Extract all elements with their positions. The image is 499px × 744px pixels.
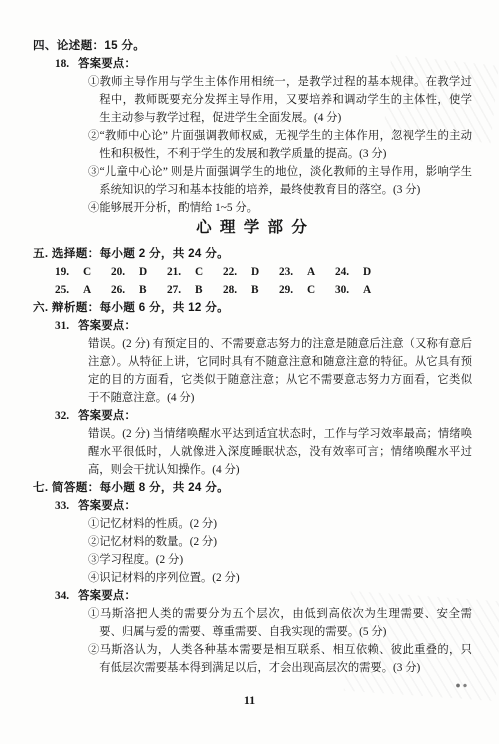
item-letter: B [139,284,147,296]
point-marker: ① [88,608,100,620]
question-number: 18. [55,58,69,70]
answer-point: ①教师主导作用与学生主体作用相统一，是教学过程的基本规律。在教学过程中，教师既要… [88,73,472,127]
answer-point: ③“儿童中心论” 则是片面强调学生的地位，淡化教师的主导作用，影响学生系统知识的… [88,163,472,199]
choice-answers-row-1: 19.C 20.D 21.C 22.D 23.A 24.D [55,263,472,281]
answer-point: ②记忆材料的数量。(2 分) [88,533,472,551]
page-number: 11 [0,691,499,709]
item-number: 29. [279,281,298,299]
choice-answers-row-2: 25.A 26.B 27.B 28.B 29.C 30.A [55,281,472,299]
answer-point: ①记忆材料的性质。(2 分) [88,515,472,533]
answer-point: ④能够展开分析，酌情给 1~5 分。 [88,199,472,217]
choice-answer: 24.D [335,263,391,281]
answer-point: ③学习程度。(2 分) [88,551,472,569]
point-marker: ① [88,76,100,88]
question-32-header: 32.答案要点： [55,407,472,425]
item-number: 22. [223,263,242,281]
item-letter: D [251,266,259,278]
choice-answer: 27.B [167,281,223,299]
item-letter: C [195,266,203,278]
item-number: 27. [167,281,186,299]
point-marker: ② [88,644,100,656]
point-text: 马斯洛把人类的需要分为五个层次，由低到高依次为生理需要、安全需要、归属与爱的需要… [99,608,472,638]
choice-answer: 26.B [111,281,167,299]
answer-point: ②“教师中心论” 片面强调教师权威，无视学生的主体作用，忽视学生的主动性和积极性… [88,127,472,163]
point-text: 识记材料的序列位置。(2 分) [99,572,239,584]
item-letter: C [307,284,315,296]
answer-point: ②马斯洛认为，人类各种基本需要是相互联系、相互依赖、彼此重叠的，只有低层次需要基… [88,641,472,677]
question-33-points: ①记忆材料的性质。(2 分) ②记忆材料的数量。(2 分) ③学习程度。(2 分… [88,515,472,587]
item-number: 23. [279,263,298,281]
point-text: 记忆材料的性质。(2 分) [99,518,217,530]
psychology-part-title: 心 理 学 部 分 [33,217,472,239]
item-letter: B [195,284,203,296]
item-number: 25. [55,281,74,299]
question-31-answer: 错误。(2 分) 有预定目的、不需要意志努力的注意是随意后注意（又称有意后注意）… [88,335,472,407]
point-text: 能够展开分析，酌情给 1~5 分。 [99,202,258,214]
point-text: 记忆材料的数量。(2 分) [99,536,217,548]
choice-answer: 25.A [55,281,111,299]
choice-answer: 22.D [223,263,279,281]
item-letter: A [307,266,315,278]
question-31-header: 31.答案要点： [55,317,472,335]
point-marker: ③ [88,554,99,566]
question-number: 32. [55,410,69,422]
item-letter: A [363,284,371,296]
choice-answer: 21.C [167,263,223,281]
item-letter: A [83,284,91,296]
answer-point: ④识记材料的序列位置。(2 分) [88,569,472,587]
item-number: 24. [335,263,354,281]
choice-answer: 23.A [279,263,335,281]
item-letter: C [83,266,91,278]
choice-answer: 19.C [55,263,111,281]
item-letter: D [139,266,147,278]
point-text: “教师中心论” 片面强调教师权威，无视学生的主体作用，忽视学生的主动性和积极性，… [99,130,472,160]
scan-mark-bottom-right [455,682,469,689]
question-33-header: 33.答案要点： [55,497,472,515]
essay-section-heading: 四、论述题：15 分。 [33,37,472,55]
answer-points-label: 答案要点： [78,320,136,332]
question-32-answer: 错误。(2 分) 当情绪唤醒水平达到适宜状态时，工作与学习效率最高；情绪唤醒水平… [88,425,472,479]
discrimination-section-heading: 六. 辩析题：每小题 6 分，共 12 分。 [33,299,472,317]
choice-section-heading: 五. 选择题：每小题 2 分，共 24 分。 [33,245,472,263]
answer-points-label: 答案要点： [78,410,136,422]
point-marker: ④ [88,572,99,584]
question-number: 34. [55,590,69,602]
choice-answer: 28.B [223,281,279,299]
point-marker: ③ [88,166,100,178]
item-number: 21. [167,263,186,281]
question-18-header: 18.答案要点： [55,55,472,73]
item-letter: B [251,284,259,296]
point-marker: ④ [88,202,99,214]
question-number: 33. [55,500,69,512]
item-number: 26. [111,281,130,299]
choice-answer: 29.C [279,281,335,299]
point-marker: ① [88,518,99,530]
question-34-points: ①马斯洛把人类的需要分为五个层次，由低到高依次为生理需要、安全需要、归属与爱的需… [88,605,472,677]
answer-point: ①马斯洛把人类的需要分为五个层次，由低到高依次为生理需要、安全需要、归属与爱的需… [88,605,472,641]
point-marker: ② [88,536,99,548]
choice-answer: 30.A [335,281,391,299]
item-number: 28. [223,281,242,299]
item-number: 20. [111,263,130,281]
answer-points-label: 答案要点： [78,58,136,70]
question-number: 31. [55,320,69,332]
point-text: 马斯洛认为，人类各种基本需要是相互联系、相互依赖、彼此重叠的，只有低层次需要基本… [99,644,472,674]
item-number: 30. [335,281,354,299]
answer-points-label: 答案要点： [78,590,136,602]
question-34-header: 34.答案要点： [55,587,472,605]
answer-points-label: 答案要点： [78,500,136,512]
point-marker: ② [88,130,100,142]
short-answer-section-heading: 七. 简答题：每小题 8 分，共 24 分。 [33,479,472,497]
item-number: 19. [55,263,74,281]
point-text: 学习程度。(2 分) [99,554,183,566]
point-text: “儿童中心论” 则是片面强调学生的地位，淡化教师的主导作用，影响学生系统知识的学… [99,166,472,196]
item-letter: D [363,266,371,278]
document-page: 四、论述题：15 分。 18.答案要点： ①教师主导作用与学生主体作用相统一，是… [0,0,499,744]
point-text: 教师主导作用与学生主体作用相统一，是教学过程的基本规律。在教学过程中，教师既要充… [99,76,472,124]
choice-answer: 20.D [111,263,167,281]
question-18-points: ①教师主导作用与学生主体作用相统一，是教学过程的基本规律。在教学过程中，教师既要… [88,73,472,217]
